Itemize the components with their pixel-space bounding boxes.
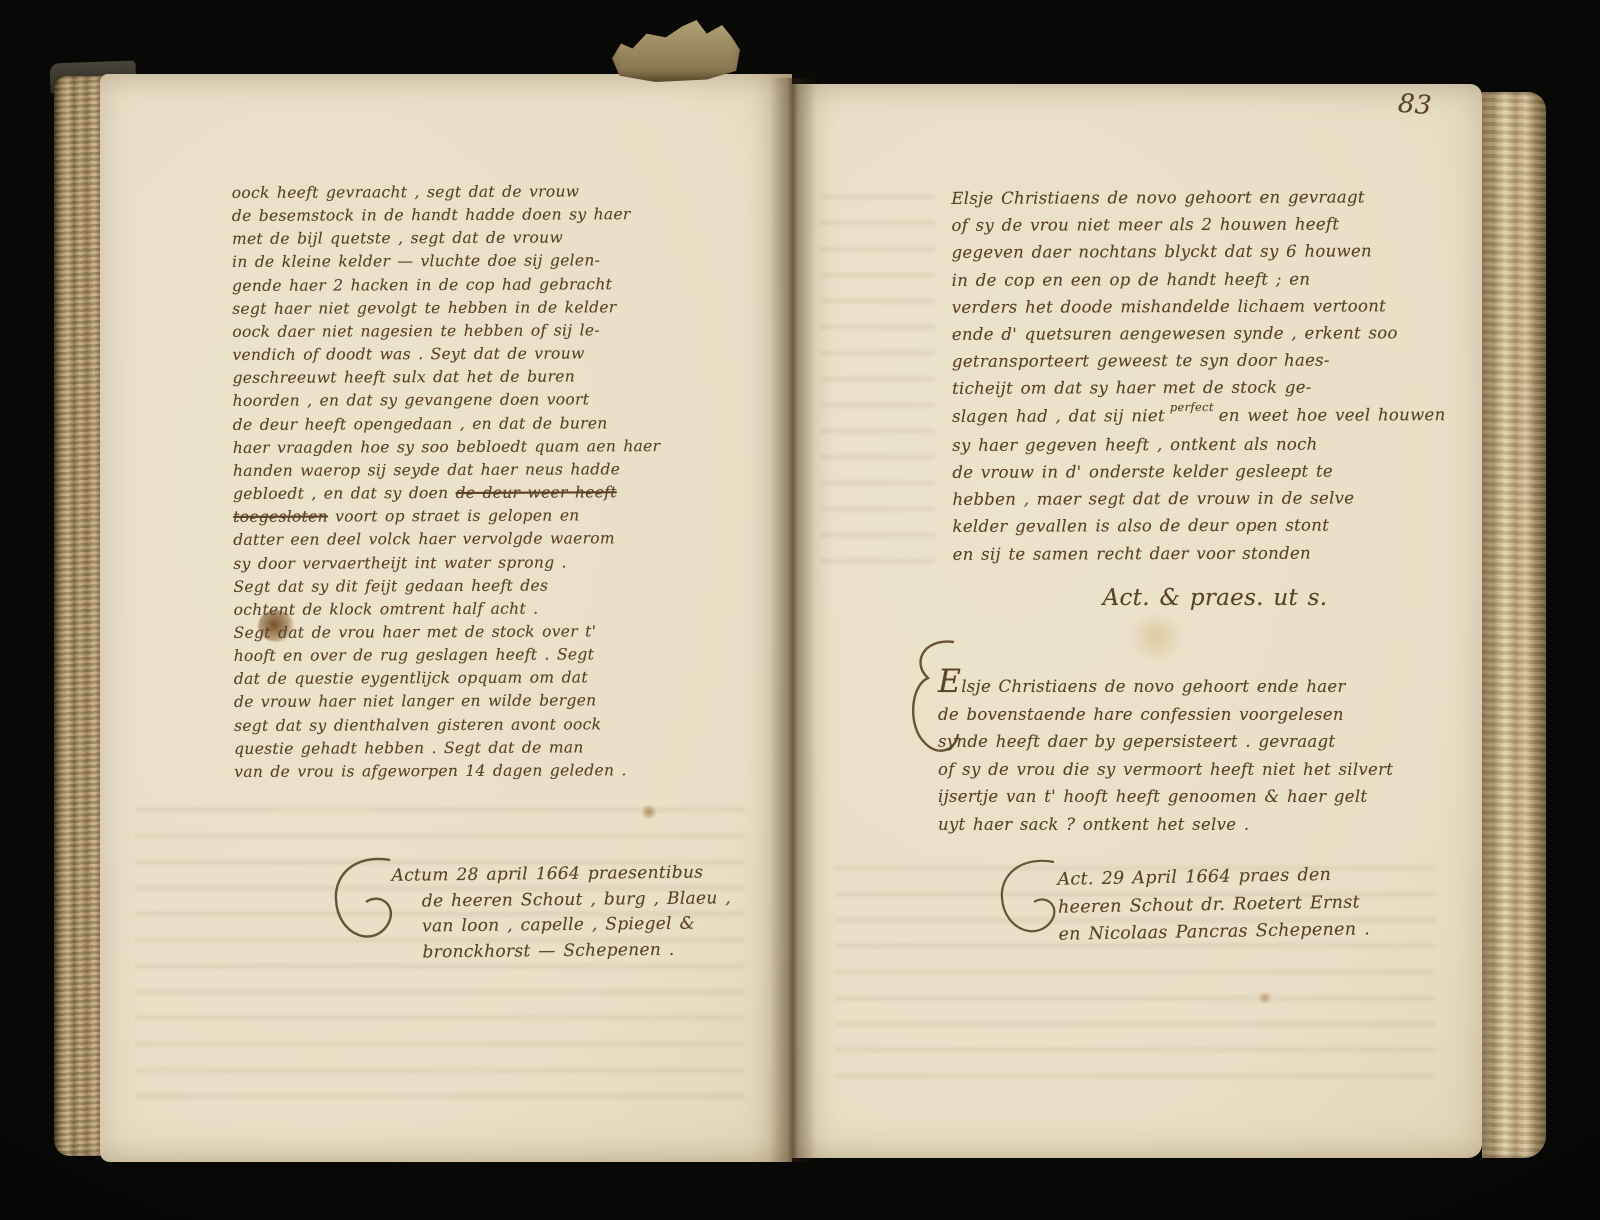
manuscript-line: slagen had , dat sij nietperfecten weet … [952, 401, 1445, 432]
manuscript-text: en weet hoe veel houwen [1219, 405, 1446, 425]
manuscript-line: kelder gevallen is also de deur open sto… [952, 512, 1445, 541]
manuscript-line: oock heeft gevraacht , segt dat de vrouw [232, 180, 660, 205]
manuscript-line: gebloedt , en dat sy doen de deur weer h… [233, 481, 661, 506]
manuscript-line: gende haer 2 hacken in de cop had gebrac… [232, 273, 660, 298]
manuscript-line: ende d' quetsuren aengewesen synde , erk… [952, 319, 1445, 348]
manuscript-scan: 83 oock heeft gevraacht , segt dat de vr… [0, 0, 1600, 1220]
manuscript-line: segt haer niet gevolgt te hebben in de k… [232, 296, 660, 321]
manuscript-line: de besemstock in de handt hadde doen sy … [232, 203, 660, 228]
manuscript-line: van de vrou is afgeworpen 14 dagen geled… [234, 759, 662, 784]
manuscript-line: hebben , maer segt dat de vrouw in de se… [952, 484, 1445, 513]
manuscript-line: gegeven daer nochtans blyckt dat sy 6 ho… [952, 238, 1445, 267]
manuscript-line: synde heeft daer by gepersisteert . gevr… [938, 728, 1393, 756]
page-number: 83 [1397, 89, 1433, 121]
manuscript-line: dat de questie eygentlijck opquam om dat [234, 666, 662, 691]
manuscript-line: de bovenstaende hare confessien voorgele… [938, 701, 1393, 729]
struck-through-text: de deur weer heeft [456, 483, 617, 502]
book-gutter-fold [770, 78, 816, 1162]
manuscript-text: slagen had , dat sij niet [952, 406, 1165, 426]
struck-through-text: toegesloten [233, 508, 328, 526]
manuscript-line: in de cop en een op de handt heeft ; en [952, 265, 1445, 294]
manuscript-line: ochtent de klock omtrent half acht . [234, 597, 662, 622]
manuscript-line: handen waerop sij seyde dat haer neus ha… [233, 458, 661, 483]
right-page-edge-stack [1482, 92, 1546, 1158]
manuscript-line: oock daer niet nagesien te hebben of sij… [232, 319, 660, 344]
left-page-edge-stack [54, 76, 104, 1156]
right-page-paragraph-1: Elsje Christiaens de novo gehoort en gev… [951, 183, 1446, 568]
manuscript-line: of sy de vrou die sy vermoort heeft niet… [938, 756, 1393, 784]
foxing-spot [1258, 992, 1272, 1004]
manuscript-line: Actum 28 april 1664 praesentibus [391, 860, 730, 889]
manuscript-text: gebloedt , en dat sy doen [233, 484, 456, 503]
manuscript-line: en Nicolaas Pancras Schepenen . [1058, 916, 1370, 949]
manuscript-line: hoorden , en dat sy gevangene doen voort [233, 388, 661, 413]
manuscript-line: segt dat sy dienthalven gisteren avont o… [234, 713, 662, 738]
manuscript-line: verders het doode mishandelde lichaem ve… [952, 292, 1445, 321]
inserted-word: perfect [1170, 400, 1214, 414]
left-page-body-text: oock heeft gevraacht , segt dat de vrouw… [232, 180, 662, 784]
manuscript-line: questie gehadt hebben . Segt dat de man [234, 736, 662, 761]
manuscript-line: sy door vervaertheijt int water sprong . [233, 551, 661, 576]
manuscript-line: hooft en over de rug geslagen heeft . Se… [234, 643, 662, 668]
manuscript-line: Segt dat de vrou haer met de stock over … [234, 620, 662, 645]
bookmark-tab [612, 20, 740, 82]
manuscript-line: de heeren Schout , burg , Blaeu , [422, 886, 731, 915]
manuscript-text: voort op straet is gelopen en [328, 507, 580, 526]
manuscript-line: Elsje Christiaens de novo gehoort ende h… [938, 670, 1393, 701]
manuscript-line: Elsje Christiaens de novo gehoort en gev… [951, 183, 1444, 212]
manuscript-line: haer vraagden hoe sy soo bebloedt quam a… [233, 435, 661, 460]
manuscript-line: de vrouw haer niet langer en wilde berge… [234, 690, 662, 715]
paper-stain [1128, 616, 1184, 658]
manuscript-line: vendich of doodt was . Seyt dat de vrouw [232, 342, 660, 367]
manuscript-line: en sij te samen recht daer voor stonden [953, 539, 1446, 568]
manuscript-line: datter een deel volck haer vervolgde wae… [233, 527, 661, 552]
right-page-closing-text: Act. 29 April 1664 praes denheeren Schou… [1057, 861, 1370, 949]
manuscript-line: bronckhorst — Schepenen . [422, 937, 731, 966]
manuscript-line: ticheijt om dat sy haer met de stock ge- [952, 374, 1445, 403]
manuscript-line: geschreeuwt heeft sulx dat het de buren [232, 365, 660, 390]
right-page-paragraph-2: Elsje Christiaens de novo gehoort ende h… [938, 670, 1393, 839]
foxing-spot [641, 805, 657, 819]
manuscript-line: de deur heeft opengedaan , en dat de bur… [233, 412, 661, 437]
manuscript-line: met de bijl quetste , segt dat de vrouw [232, 226, 660, 251]
manuscript-line: toegesloten voort op straet is gelopen e… [233, 504, 661, 529]
manuscript-line: de vrouw in d' onderste kelder gesleept … [952, 457, 1445, 486]
ink-bleed-through [820, 190, 935, 580]
act-praes-line: Act. & praes. ut s. [1005, 585, 1425, 611]
manuscript-line: in de kleine kelder — vluchte doe sij ge… [232, 250, 660, 275]
left-page-closing-text: Actum 28 april 1664 praesentibusde heere… [391, 860, 731, 966]
manuscript-line: getransporteert geweest te syn door haes… [952, 346, 1445, 375]
manuscript-line: uyt haer sack ? ontkent het selve . [938, 811, 1393, 839]
manuscript-line: ijsertje van t' hooft heeft genoomen & h… [938, 783, 1393, 811]
manuscript-line: sy haer gegeven heeft , ontkent als noch [952, 430, 1445, 459]
manuscript-line: of sy de vrou niet meer als 2 houwen hee… [951, 210, 1444, 239]
manuscript-line: van loon , capelle , Spiegel & [422, 911, 731, 940]
manuscript-line: Segt dat sy dit feijt gedaan heeft des [233, 574, 661, 599]
